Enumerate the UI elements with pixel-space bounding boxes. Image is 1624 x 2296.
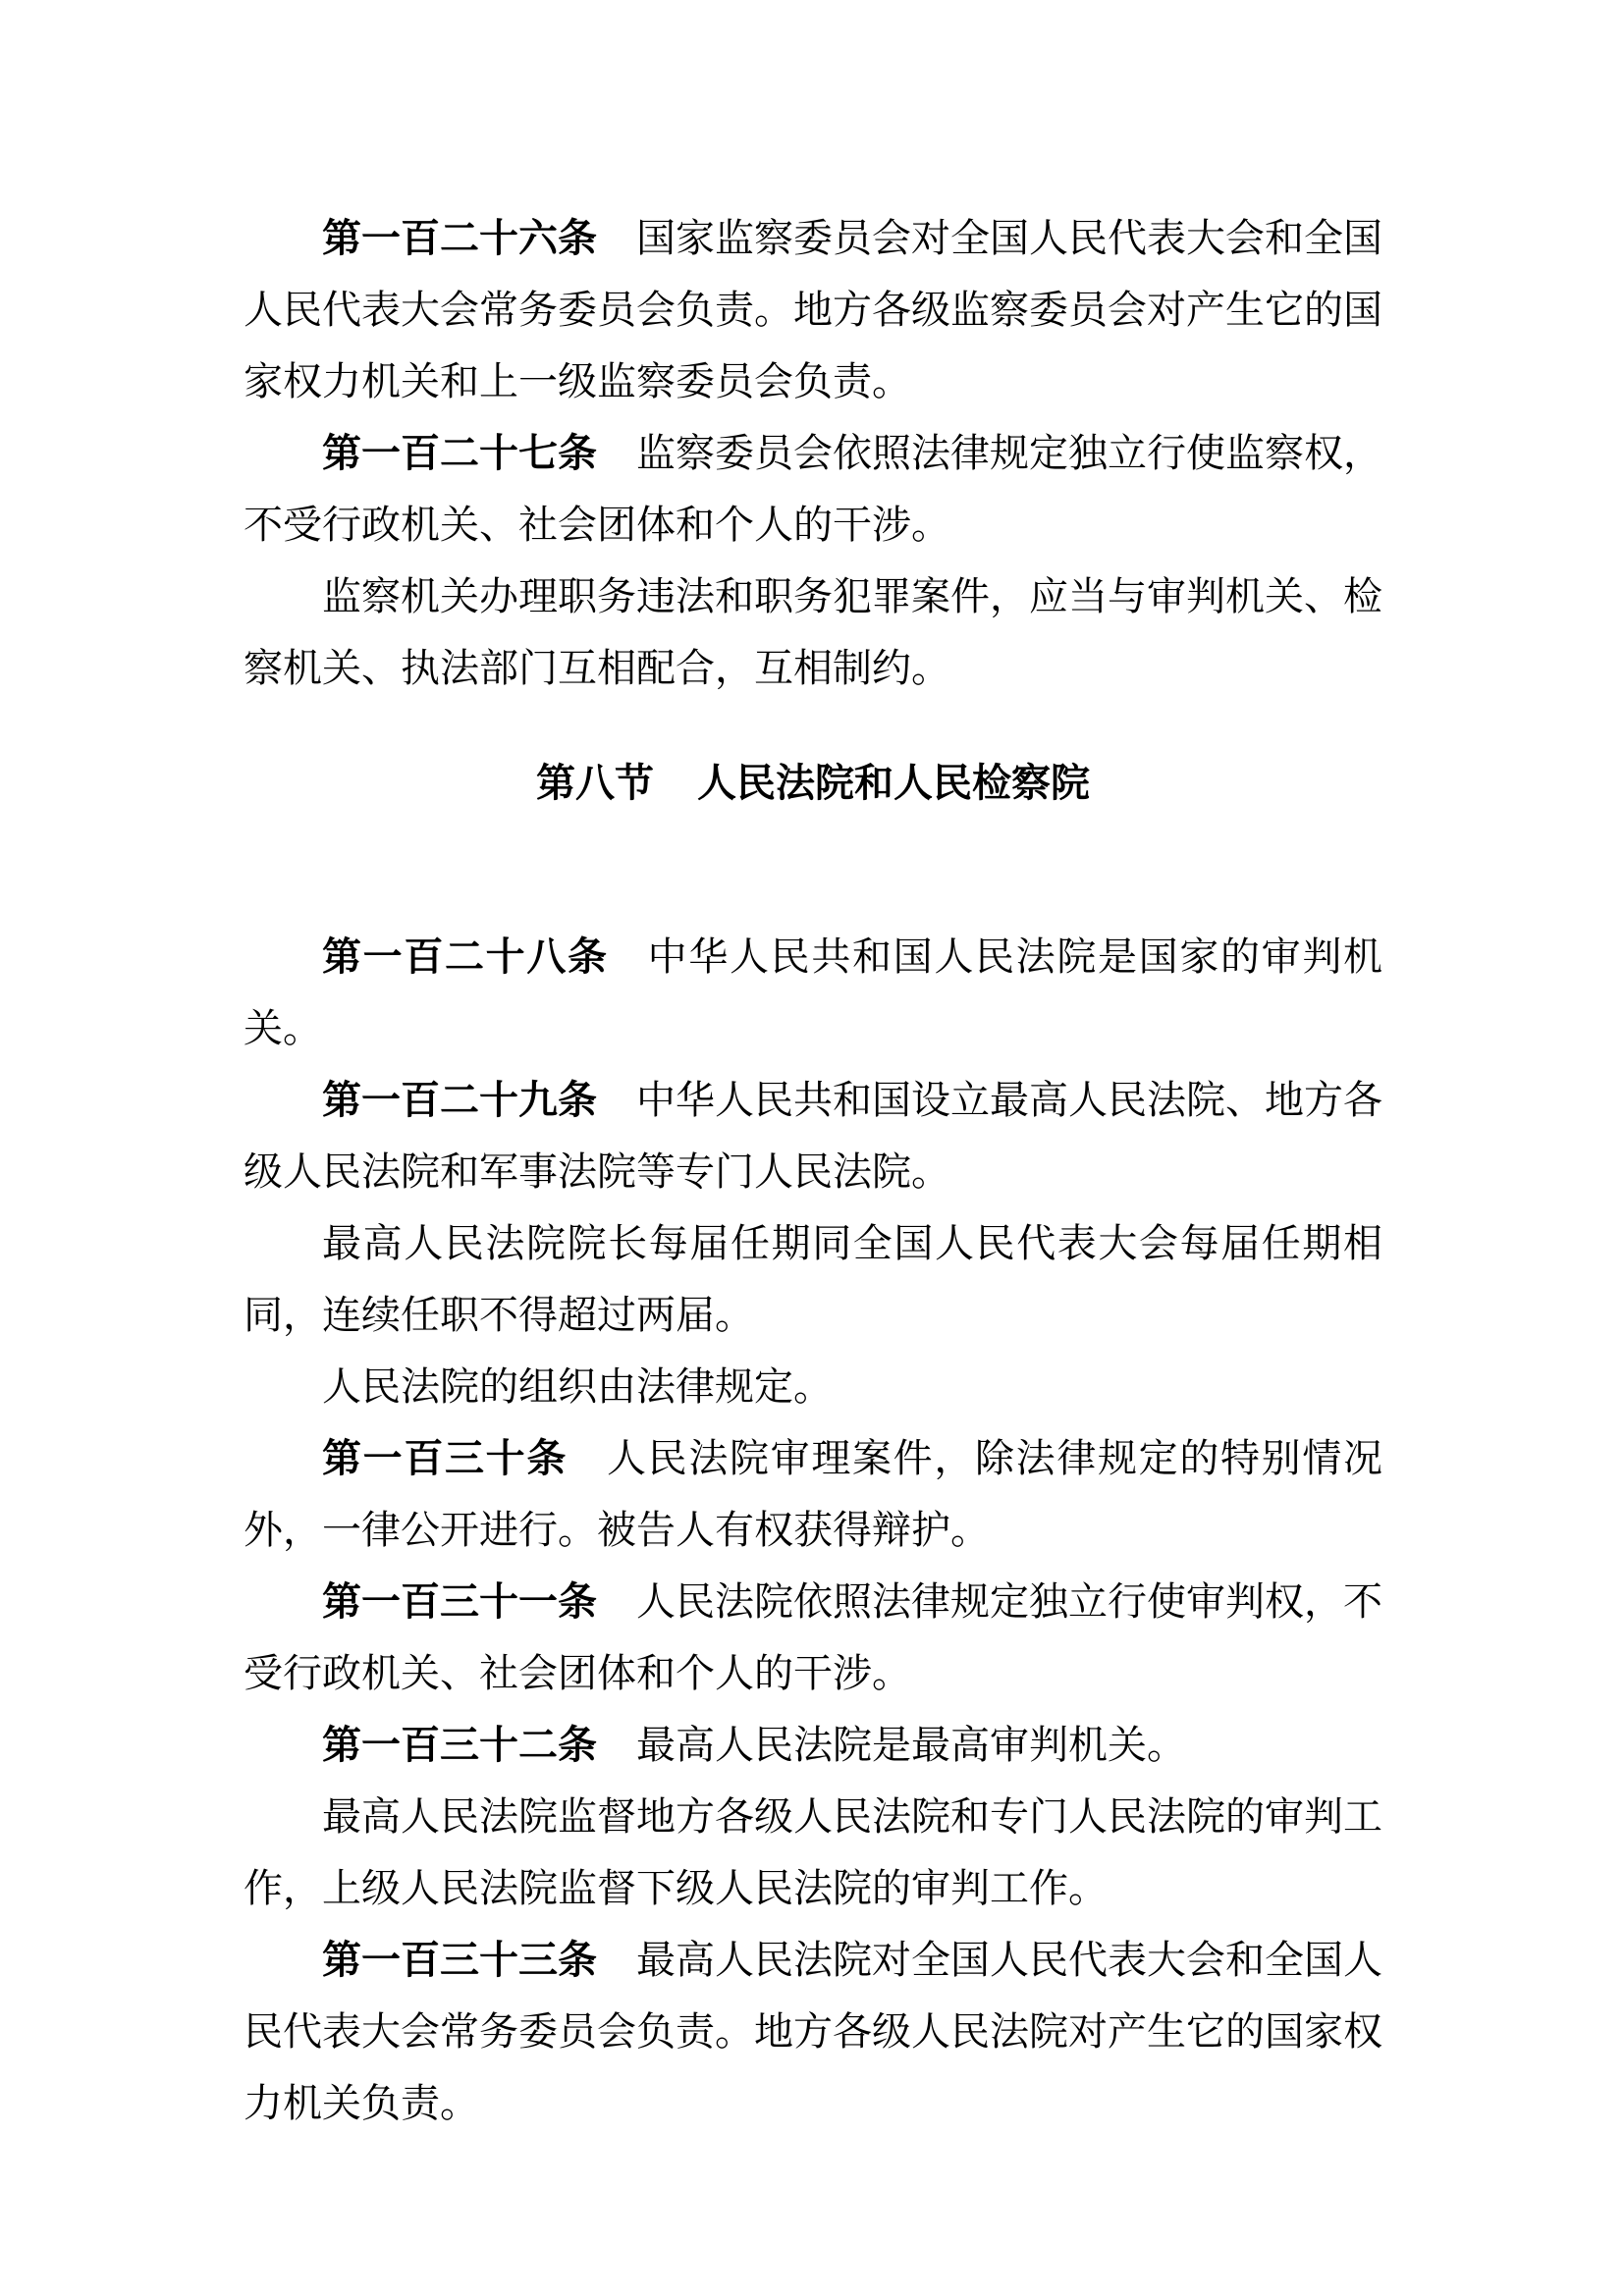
body-paragraph: 监察机关办理职务违法和职务犯罪案件，应当与审判机关、检察机关、执法部门互相配合，… — [244, 561, 1382, 704]
article-paragraph: 第一百二十六条国家监察委员会对全国人民代表大会和全国人民代表大会常务委员会负责。… — [244, 202, 1382, 417]
article-number: 第一百二十九条 — [322, 1078, 597, 1122]
document-page: 第一百二十六条国家监察委员会对全国人民代表大会和全国人民代表大会常务委员会负责。… — [0, 0, 1624, 2296]
article-paragraph: 第一百三十二条最高人民法院是最高审判机关。 — [244, 1709, 1382, 1781]
article-number: 第一百三十二条 — [322, 1723, 597, 1767]
article-paragraph: 第一百二十九条中华人民共和国设立最高人民法院、地方各级人民法院和军事法院等专门人… — [244, 1064, 1382, 1207]
article-paragraph: 第一百三十三条最高人民法院对全国人民代表大会和全国人民代表大会常务委员会负责。地… — [244, 1924, 1382, 2139]
article-number: 第一百二十七条 — [322, 431, 597, 475]
article-paragraph: 第一百三十条人民法院审理案件，除法律规定的特别情况外，一律公开进行。被告人有权获… — [244, 1422, 1382, 1566]
section-heading: 第八节人民法院和人民检察院 — [244, 747, 1382, 819]
paragraph-text: 人民法院的组织由法律规定。 — [322, 1364, 833, 1409]
body-paragraph: 最高人民法院院长每届任期同全国人民代表大会每届任期相同，连续任职不得超过两届。 — [244, 1207, 1382, 1351]
paragraph-text: 最高人民法院是最高审判机关。 — [636, 1723, 1186, 1767]
paragraph-text: 最高人民法院监督地方各级人民法院和专门人民法院的审判工作，上级人民法院监督下级人… — [244, 1794, 1382, 1910]
paragraph-text: 监察机关办理职务违法和职务犯罪案件，应当与审判机关、检察机关、执法部门互相配合，… — [244, 574, 1382, 690]
article-number: 第一百三十一条 — [322, 1579, 597, 1624]
article-number: 第一百二十六条 — [322, 216, 597, 260]
article-number: 第一百三十三条 — [322, 1938, 597, 1982]
document-content: 第一百二十六条国家监察委员会对全国人民代表大会和全国人民代表大会常务委员会负责。… — [244, 202, 1382, 2139]
section-title: 人民法院和人民检察院 — [697, 761, 1090, 805]
paragraph-text: 最高人民法院院长每届任期同全国人民代表大会每届任期相同，连续任职不得超过两届。 — [244, 1221, 1382, 1337]
article-paragraph: 第一百二十八条中华人民共和国人民法院是国家的审判机关。 — [244, 921, 1382, 1064]
section-label: 第八节 — [536, 761, 654, 805]
article-number: 第一百二十八条 — [322, 934, 609, 979]
body-paragraph: 人民法院的组织由法律规定。 — [244, 1351, 1382, 1422]
article-paragraph: 第一百二十七条监察委员会依照法律规定独立行使监察权，不受行政机关、社会团体和个人… — [244, 417, 1382, 561]
body-paragraph: 最高人民法院监督地方各级人民法院和专门人民法院的审判工作，上级人民法院监督下级人… — [244, 1781, 1382, 1924]
article-paragraph: 第一百三十一条人民法院依照法律规定独立行使审判权，不受行政机关、社会团体和个人的… — [244, 1566, 1382, 1709]
article-number: 第一百三十条 — [322, 1436, 568, 1480]
